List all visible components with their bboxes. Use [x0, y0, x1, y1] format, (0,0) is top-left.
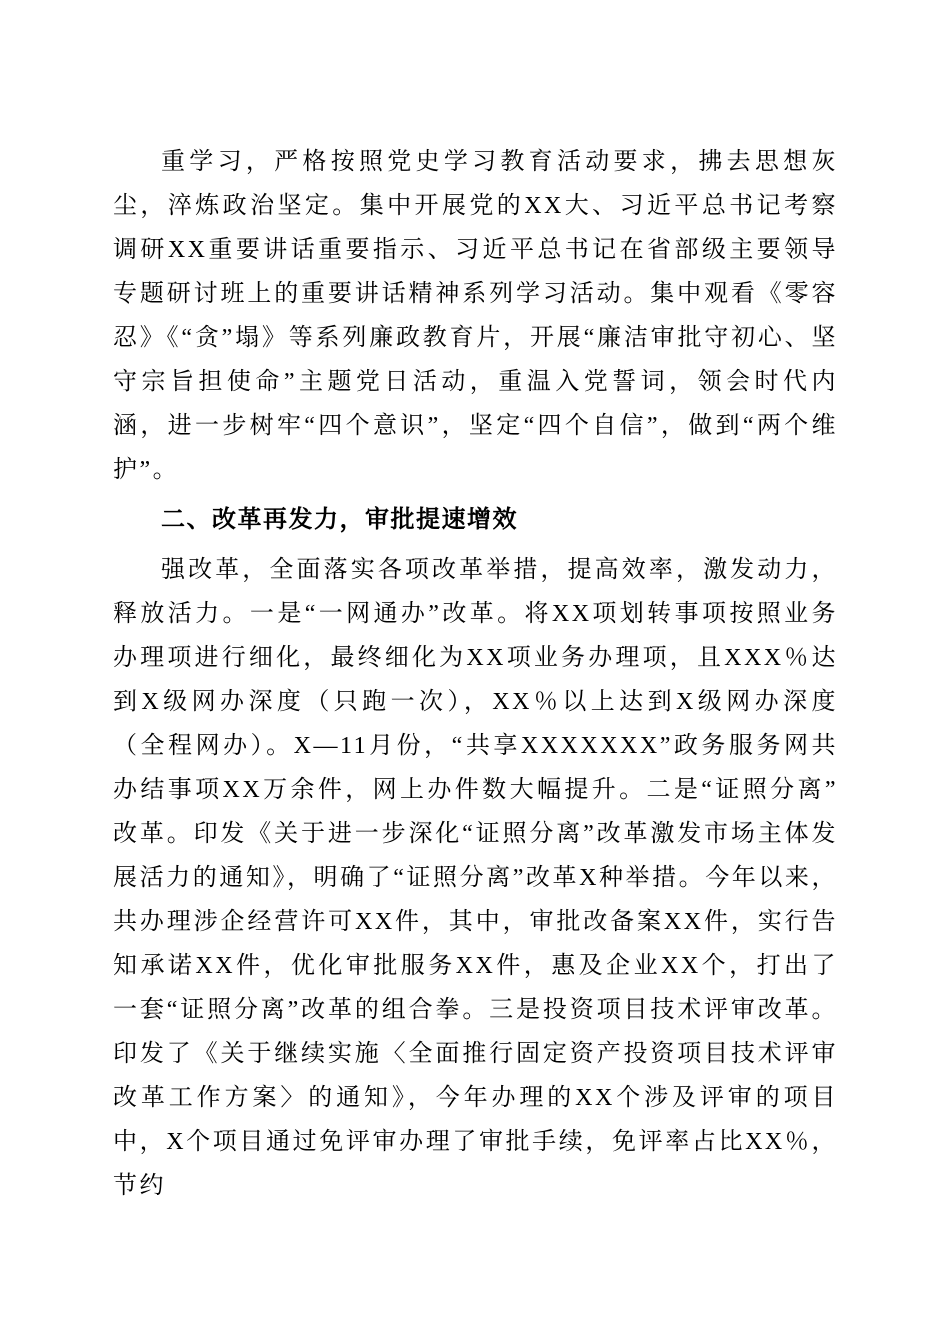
body-paragraph: 重学习，严格按照党史学习教育活动要求，拂去思想灰尘，淬炼政治坚定。集中开展党的X…	[113, 140, 838, 492]
document-body: 重学习，严格按照党史学习教育活动要求，拂去思想灰尘，淬炼政治坚定。集中开展党的X…	[113, 140, 838, 1208]
body-paragraph: 强改革，全面落实各项改革举措，提高效率，激发动力，释放活力。一是“一网通办”改革…	[113, 548, 838, 1208]
section-heading: 二、改革再发力，审批提速增效	[113, 498, 838, 542]
document-page: 重学习，严格按照党史学习教育活动要求，拂去思想灰尘，淬炼政治坚定。集中开展党的X…	[0, 0, 950, 1344]
